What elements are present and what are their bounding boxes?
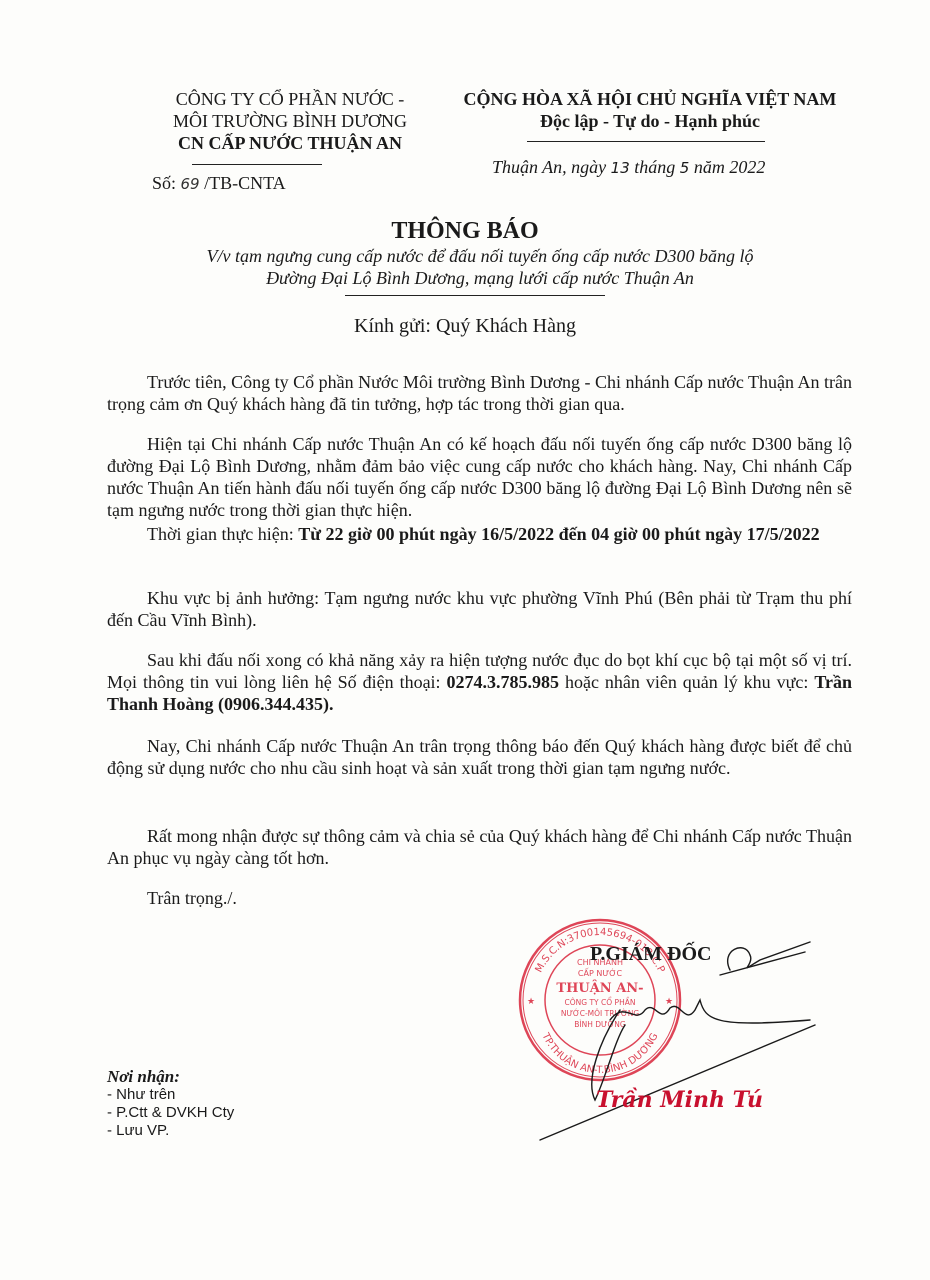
document-number: Số: 69 /TB-CNTA xyxy=(152,173,286,194)
paragraph-intro: Trước tiên, Công ty Cổ phần Nước Môi trư… xyxy=(107,371,852,415)
contact-phone: 0274.3.785.985 xyxy=(447,672,560,692)
motto-divider xyxy=(527,141,765,142)
paragraph-notice: Nay, Chi nhánh Cấp nước Thuận An trân tr… xyxy=(107,735,852,779)
handwritten-signature-icon xyxy=(530,930,820,1150)
document-number-value: 69 xyxy=(181,175,200,193)
paragraph-plan: Hiện tại Chi nhánh Cấp nước Thuận An có … xyxy=(107,433,852,521)
national-motto: Độc lập - Tự do - Hạnh phúc xyxy=(440,110,860,132)
issuer-line-2: MÔI TRƯỜNG BÌNH DƯƠNG xyxy=(105,110,475,132)
paragraph-area: Khu vực bị ảnh hưởng: Tạm ngưng nước khu… xyxy=(107,587,852,631)
subject-divider xyxy=(345,295,605,296)
national-motto-block: CỘNG HÒA XÃ HỘI CHỦ NGHĨA VIỆT NAM Độc l… xyxy=(440,88,860,132)
recipient-item: - P.Ctt & DVKH Cty xyxy=(107,1104,234,1122)
recipients-block: Nơi nhận: - Như trên - P.Ctt & DVKH Cty … xyxy=(107,1068,234,1140)
signatory-name: Trần Minh Tú xyxy=(596,1087,763,1113)
recipient-item: - Như trên xyxy=(107,1086,234,1104)
document-title: THÔNG BÁO xyxy=(0,218,930,245)
document-subject: V/v tạm ngưng cung cấp nước để đấu nối t… xyxy=(100,245,860,289)
closing: Trân trọng./. xyxy=(107,887,852,909)
issuer-block: CÔNG TY CỔ PHẦN NƯỚC - MÔI TRƯỜNG BÌNH D… xyxy=(105,88,475,154)
recipients-label: Nơi nhận: xyxy=(107,1068,234,1086)
recipient-item: - Lưu VP. xyxy=(107,1122,234,1140)
paragraph-time: Thời gian thực hiện: Từ 22 giờ 00 phút n… xyxy=(107,523,852,545)
greeting: Kính gửi: Quý Khách Hàng xyxy=(0,315,930,338)
paragraph-apology: Rất mong nhận được sự thông cảm và chia … xyxy=(107,825,852,869)
paragraph-contact: Sau khi đấu nối xong có khả năng xảy ra … xyxy=(107,649,852,715)
outage-time: Từ 22 giờ 00 phút ngày 16/5/2022 đến 04 … xyxy=(298,524,819,544)
issuer-line-1: CÔNG TY CỔ PHẦN NƯỚC - xyxy=(105,88,475,110)
national-title: CỘNG HÒA XÃ HỘI CHỦ NGHĨA VIỆT NAM xyxy=(440,88,860,110)
issuer-line-3: CN CẤP NƯỚC THUẬN AN xyxy=(105,132,475,154)
issuer-divider xyxy=(192,164,322,165)
document-date: Thuận An, ngày 13 tháng 5 năm 2022 xyxy=(492,157,765,178)
